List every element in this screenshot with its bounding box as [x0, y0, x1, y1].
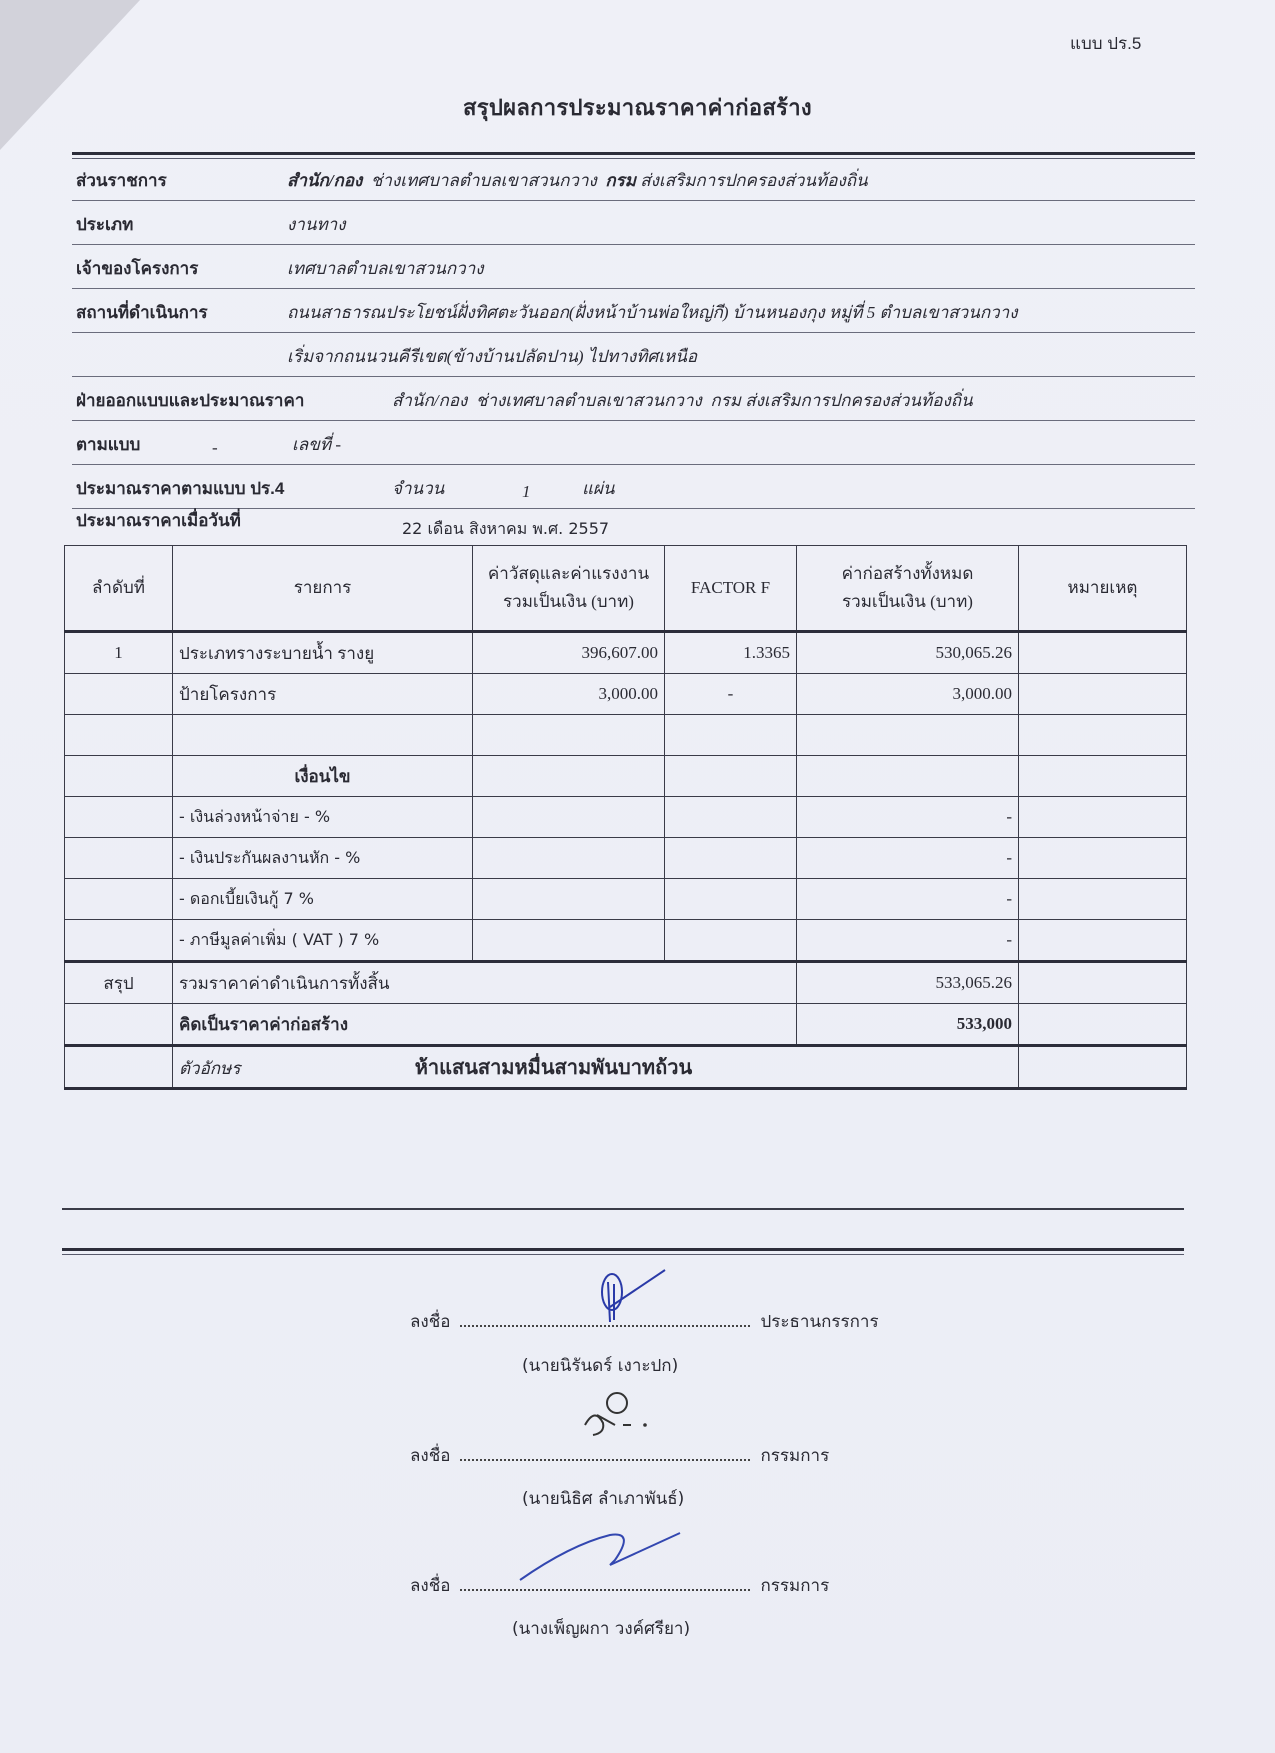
table-row: 1 ประเภทรางระบายน้ำ รางยู 396,607.00 1.3…: [65, 632, 1187, 674]
page-title: สรุปผลการประมาณราคาค่าก่อสร้าง: [0, 90, 1275, 125]
folded-corner: [0, 0, 140, 150]
owner-value: เทศบาลตำบลเขาสวนกวาง: [287, 255, 484, 282]
amount-in-words: ห้าแสนสามหมื่นสามพันบาทถ้วน: [415, 1051, 692, 1083]
divider: [62, 1208, 1184, 1210]
header-factor: FACTOR F: [665, 546, 797, 632]
date-value: 22 เดือน สิงหาคม พ.ศ. 2557: [402, 517, 609, 542]
header-total: ค่าก่อสร้างทั้งหมดรวมเป็นเงิน (บาท): [797, 546, 1019, 632]
grand-total-row: สรุป รวมราคาค่าดำเนินการทั้งสิ้น 533,065…: [65, 962, 1187, 1004]
row-location-2: เริ่มจากถนนวนคีรีเขต(ข้างบ้านปลัดปาน) ไป…: [72, 336, 1195, 377]
cost-summary-table: ลำดับที่ รายการ ค่าวัสดุและค่าแรงงานรวมเ…: [64, 545, 1187, 1090]
design-value: -: [212, 438, 218, 458]
conditions-title: เงื่อนไข: [173, 756, 473, 797]
header-no: ลำดับที่: [65, 546, 173, 632]
owner-label: เจ้าของโครงการ: [76, 255, 198, 282]
location-line1: ถนนสาธารณประโยชน์ฝั่งทิศตะวันออก(ฝั่งหน้…: [287, 299, 1018, 326]
construction-price-label: คิดเป็นราคาค่าก่อสร้าง: [173, 1004, 797, 1046]
table-header-row: ลำดับที่ รายการ ค่าวัสดุและค่าแรงงานรวมเ…: [65, 546, 1187, 632]
condition-row: - เงินล่วงหน้าจ่าย - % -: [65, 797, 1187, 838]
row-date: ประมาณราคาเมื่อวันที่ 22 เดือน สิงหาคม พ…: [72, 500, 1195, 540]
top-divider: [72, 152, 1195, 155]
signature-mark-2: [575, 1385, 655, 1445]
type-label: ประเภท: [76, 211, 133, 238]
pr4-unit: แผ่น: [582, 475, 615, 502]
header-cost: ค่าวัสดุและค่าแรงงานรวมเป็นเงิน (บาท): [473, 546, 665, 632]
summary-label: สรุป: [65, 962, 173, 1004]
divider-double: [62, 1248, 1184, 1251]
type-value: งานทาง: [287, 211, 346, 238]
table-row: ป้ายโครงการ 3,000.00 - 3,000.00: [65, 674, 1187, 715]
header-item: รายการ: [173, 546, 473, 632]
grand-total-label: รวมราคาค่าดำเนินการทั้งสิ้น: [173, 962, 797, 1004]
row-agency: ส่วนราชการ สำนัก/กอง ช่างเทศบาลตำบลเขาสว…: [72, 160, 1195, 201]
signer-name-2: (นายนิธิศ ลำเภาพันธ์): [522, 1485, 684, 1512]
signer-name-1: (นายนิรันดร์ เงาะปก): [522, 1352, 678, 1379]
construction-price-row: คิดเป็นราคาค่าก่อสร้าง 533,000: [65, 1004, 1187, 1046]
row-type: ประเภท งานทาง: [72, 204, 1195, 245]
pr4-count: 1: [522, 482, 531, 502]
signature-line-2: ลงชื่อกรรมการ: [410, 1442, 829, 1469]
grand-total-value: 533,065.26: [797, 962, 1019, 1004]
construction-price-value: 533,000: [797, 1004, 1019, 1046]
condition-row: - ดอกเบี้ยเงินกู้ 7 % -: [65, 879, 1187, 920]
agency-label: ส่วนราชการ: [76, 167, 167, 194]
conditions-title-row: เงื่อนไข: [65, 756, 1187, 797]
header-note: หมายเหตุ: [1019, 546, 1187, 632]
amount-in-words-row: ตัวอักษร ห้าแสนสามหมื่นสามพันบาทถ้วน: [65, 1046, 1187, 1089]
design-label: ตามแบบ: [76, 431, 140, 458]
designer-label: ฝ่ายออกแบบและประมาณราคา: [76, 387, 304, 414]
location-line2: เริ่มจากถนนวนคีรีเขต(ข้างบ้านปลัดปาน) ไป…: [287, 343, 697, 370]
row-designer: ฝ่ายออกแบบและประมาณราคา สำนัก/กอง ช่างเท…: [72, 380, 1195, 421]
designer-value: สำนัก/กอง ช่างเทศบาลตำบลเขาสวนกวาง กรม ส…: [392, 387, 973, 414]
signer-name-3: (นางเพ็ญผกา วงค์ศรียา): [512, 1615, 690, 1642]
words-label: ตัวอักษร: [179, 1059, 240, 1078]
document-page: แบบ ปร.5 สรุปผลการประมาณราคาค่าก่อสร้าง …: [0, 0, 1275, 1753]
pr4-count-label: จำนวน: [392, 475, 444, 502]
row-owner: เจ้าของโครงการ เทศบาลตำบลเขาสวนกวาง: [72, 248, 1195, 289]
signature-line-1: ลงชื่อประธานกรรการ: [410, 1308, 879, 1335]
row-design: ตามแบบ - เลขที่ -: [72, 424, 1195, 465]
location-label: สถานที่ดำเนินการ: [76, 299, 208, 326]
condition-row: - ภาษีมูลค่าเพิ่ม ( VAT ) 7 % -: [65, 920, 1187, 962]
signature-line-3: ลงชื่อกรรมการ: [410, 1572, 829, 1599]
condition-row: - เงินประกันผลงานหัก - % -: [65, 838, 1187, 879]
table-row-empty: [65, 715, 1187, 756]
row-location: สถานที่ดำเนินการ ถนนสาธารณประโยชน์ฝั่งทิ…: [72, 292, 1195, 333]
design-number: เลขที่ -: [292, 431, 341, 458]
agency-value: สำนัก/กอง ช่างเทศบาลตำบลเขาสวนกวาง กรม ส…: [287, 167, 868, 194]
date-label: ประมาณราคาเมื่อวันที่: [76, 507, 241, 534]
form-code: แบบ ปร.5: [1070, 30, 1141, 57]
pr4-label: ประมาณราคาตามแบบ ปร.4: [76, 475, 284, 502]
